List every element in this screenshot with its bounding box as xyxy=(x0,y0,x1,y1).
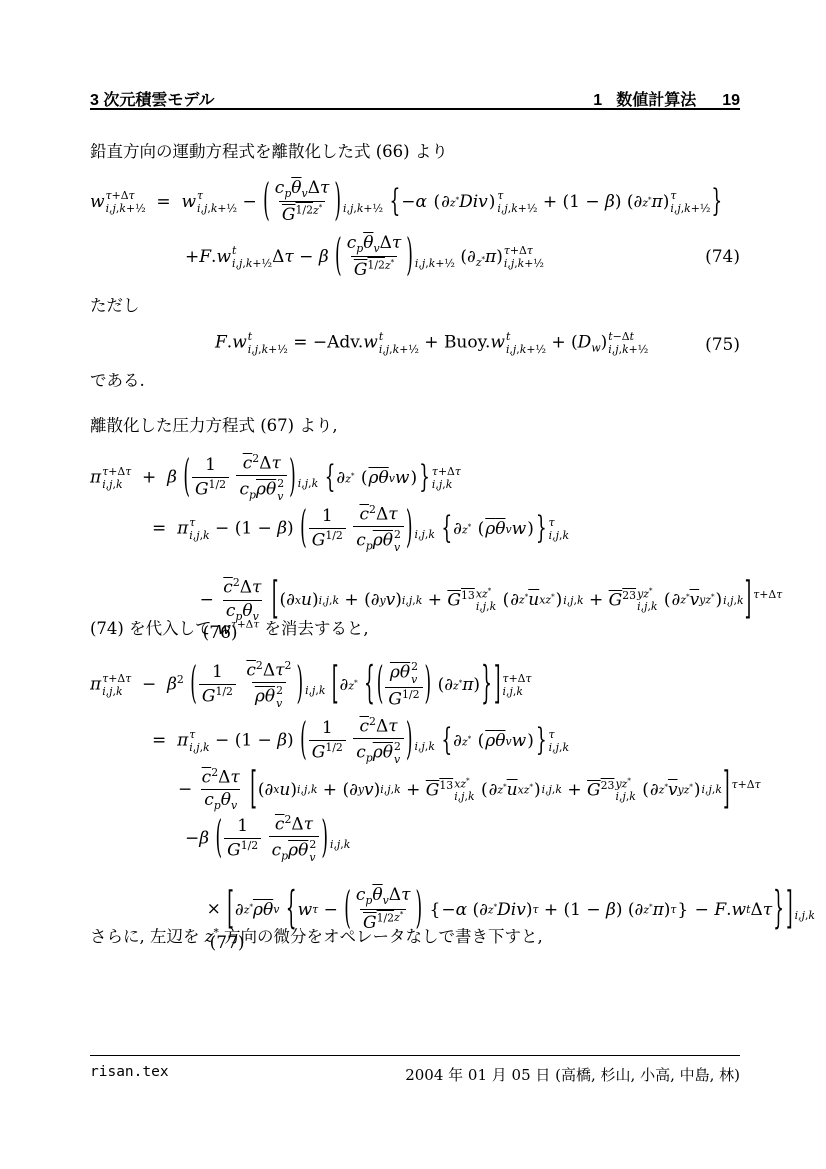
footer-filename: risan.tex xyxy=(90,1064,169,1080)
header-rule xyxy=(90,108,740,110)
header-section: 1 数値計算法 19 xyxy=(593,87,740,110)
equation-77-line-3: − c2Δτcpθv [(∂xu)i,j,k + (∂yv)i,j,k + G1… xyxy=(178,767,761,813)
header-section-title: 数値計算法 xyxy=(616,87,696,110)
equation-75-line-1: F.wti,j,k+½ = −Adv.wti,j,k+½ + Buoy.wti,… xyxy=(215,330,648,356)
paragraph-pressure-intro: 離散化した圧力方程式 (67) より, xyxy=(90,412,338,436)
equation-77-line-2: = πτi,j,k − (1 − β) (1G1/2 c2Δτcpρθ2v)i,… xyxy=(152,716,569,766)
document-page: 3 次元積雲モデル 1 数値計算法 19 鉛直方向の運動方程式を離散化した式 (… xyxy=(0,0,826,1169)
equation-74-line-2: +F.wti,j,k+½Δτ − β (cpθvΔτG1/2z*)i,j,k+½… xyxy=(185,234,544,281)
equation-74-number: (74) xyxy=(705,247,740,267)
equation-75-number: (75) xyxy=(705,335,740,355)
equation-74-line-1: wτ+Δτi,j,k+½ = wτi,j,k+½ − (cpθvΔτG1/2z*… xyxy=(90,179,723,226)
equation-76-line-2: = πτi,j,k − (1 − β) (1G1/2 c2Δτcpρθ2v)i,… xyxy=(152,504,569,554)
paragraph-further: さらに, 左辺を z* 方向の微分をオペレータなしで書き下すと, xyxy=(90,923,543,947)
header-chapter: 3 次元積雲モデル xyxy=(90,87,215,110)
paragraph-substitute: (74) を代入して wτ+Δτ を消去すると, xyxy=(90,615,369,639)
paragraph-dearu: である. xyxy=(90,367,145,391)
equation-77-line-5-math: × [∂z*ρθv {wτ − (cpθvΔτG1/2z*) {−α (∂z*D… xyxy=(207,899,815,919)
footer-rule xyxy=(90,1055,740,1056)
equation-77-line-4: −β (1G1/2 c2Δτcpρθ2v)i,j,k xyxy=(185,814,350,864)
paragraph-tadashi: ただし xyxy=(90,292,140,316)
footer-date-authors: 2004 年 01 月 05 日 (高橋, 杉山, 小高, 中島, 林) xyxy=(405,1064,740,1085)
equation-76-line-3-math: − c2Δτcpθv [(∂xu)i,j,k + (∂yv)i,j,k + G1… xyxy=(200,590,783,610)
paragraph-intro: 鉛直方向の運動方程式を離散化した式 (66) より xyxy=(90,138,448,162)
equation-77-line-1: πτ+Δτi,j,k − β2 (1G1/2 c2Δτ2ρθ2v)i,j,k [… xyxy=(90,660,532,710)
equation-76-line-1: πτ+Δτi,j,k + β (1G1/2 c2Δτcpρθ2v)i,j,k {… xyxy=(90,453,461,503)
equation-76-line-3: − c2Δτcpθv [(∂xu)i,j,k + (∂yv)i,j,k + G1… xyxy=(178,557,782,664)
equation-77-line-5: × [∂z*ρθv {wτ − (cpθvΔτG1/2z*) {−α (∂z*D… xyxy=(185,866,815,974)
